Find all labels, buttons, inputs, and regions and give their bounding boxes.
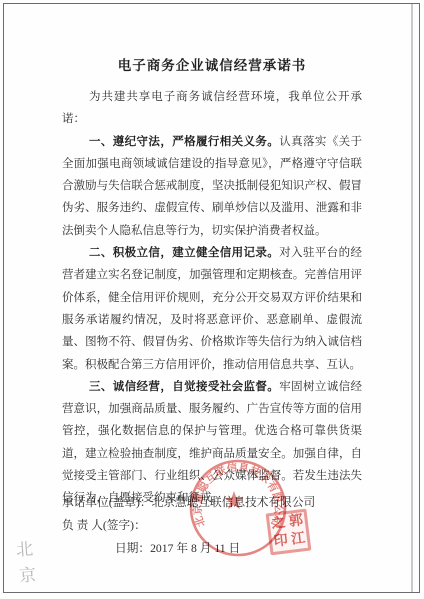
seal-char: 之 [269, 514, 289, 534]
paragraph-lead: 一、遵纪守法，严格履行相关义务。 [89, 136, 279, 148]
paragraph-2: 二、积极立信，建立健全信用记录。对入驻平台的经营者建立实名登记制度，加强管理和定… [62, 242, 362, 376]
paragraph-text: 对入驻平台的经营者建立实名登记制度，加强管理和定期核查。完善信用评价体系，健全信… [62, 247, 362, 370]
paragraph-intro: 为共建共享电子商务诚信经营环境，我单位公开承诺： [62, 86, 362, 131]
handwriting-char: 北 [15, 534, 34, 560]
unit-label: 承诺单位(盖章)： [62, 496, 152, 509]
handwriting-char: 京 [18, 560, 37, 586]
document-body: 为共建共享电子商务诚信经营环境，我单位公开承诺： 一、遵纪守法，严格履行相关义务… [62, 86, 362, 510]
seal-char: 郭 [286, 512, 306, 532]
paragraph-text: 认真落实《关于全面加强电商领域诚信建设的指导意见》，严格遵守守信联合激励与失信联… [62, 136, 362, 237]
document-page: 电子商务企业诚信经营承诺书 为共建共享电子商务诚信经营环境，我单位公开承诺： 一… [0, 0, 424, 599]
person-label: 负 责 人(签字)： [62, 519, 146, 532]
paragraph-text: 为共建共享电子商务诚信经营环境，我单位公开承诺： [62, 91, 362, 125]
date-label: 日期： [115, 542, 150, 555]
paragraph-lead: 二、积极立信，建立健全信用记录。 [89, 247, 279, 259]
personal-square-seal: 之 郭 印 江 [266, 509, 312, 556]
paragraph-1: 一、遵纪守法，严格履行相关义务。认真落实《关于全面加强电商领域诚信建设的指导意见… [62, 131, 362, 242]
star-icon [224, 491, 243, 509]
seal-char: 印 [271, 532, 291, 552]
scan-edge-line [411, 4, 413, 592]
paragraph-lead: 三、诚信经营，自觉接受社会监督。 [89, 381, 279, 393]
signature-person-line: 负 责 人(签字)： [62, 517, 146, 533]
seal-char: 江 [289, 530, 309, 550]
document-title: 电子商务企业诚信经营承诺书 [0, 54, 424, 74]
